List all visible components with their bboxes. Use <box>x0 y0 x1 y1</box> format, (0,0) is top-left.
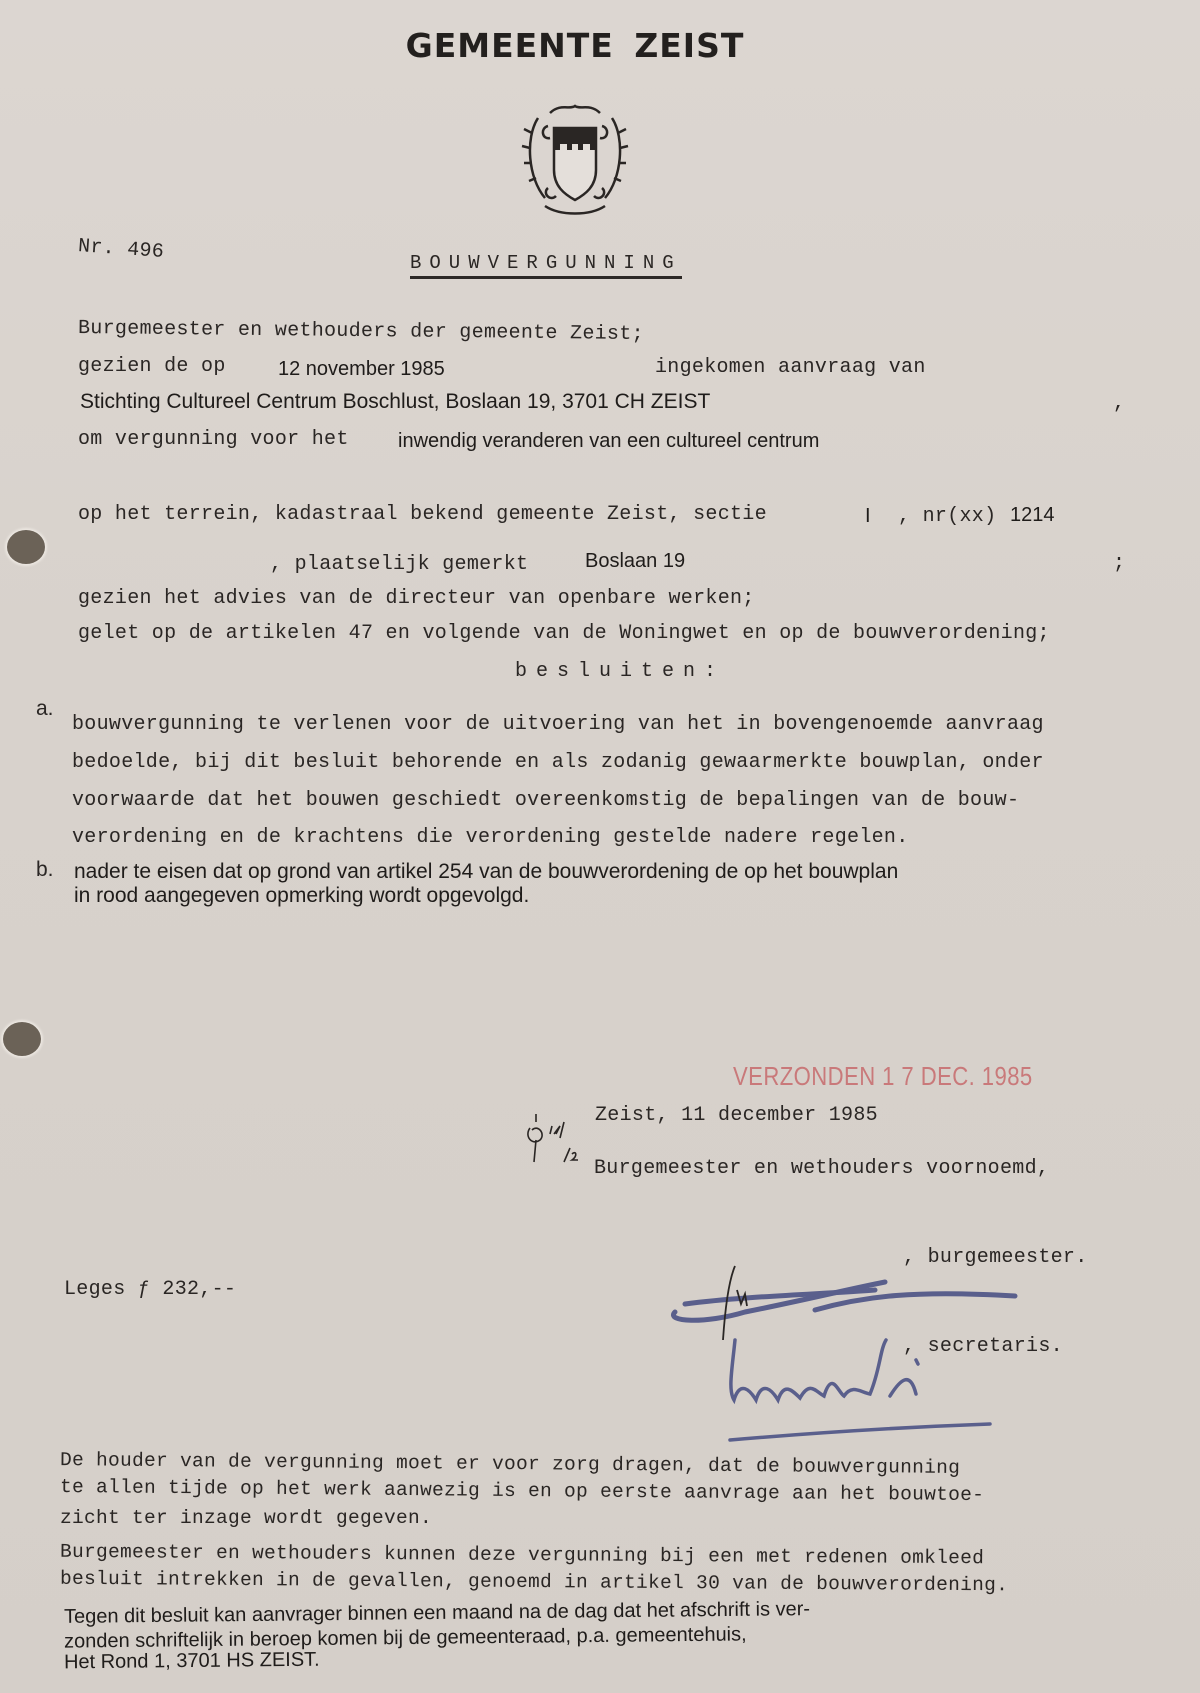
document-number: Nr. 496 <box>77 235 165 264</box>
advies-line: gezien het advies van de directeur van o… <box>78 587 755 610</box>
punch-hole <box>3 1022 41 1056</box>
footer-note-2-line: besluit intrekken in de gevallen, genoem… <box>60 1568 1008 1597</box>
footer-note-3-line: zonden schriftelijk in beroep komen bij … <box>64 1623 747 1653</box>
decision-a-line: bouwvergunning te verlenen voor de uitvo… <box>72 713 1044 736</box>
place-date: Zeist, 11 december 1985 <box>595 1104 878 1127</box>
coat-of-arms-icon <box>520 98 630 218</box>
location-end: ; <box>1113 552 1125 575</box>
applicant: Stichting Cultureel Centrum Boschlust, B… <box>80 390 710 414</box>
footer-note-1-line: zicht ter inzage wordt gegeven. <box>60 1507 432 1529</box>
opening-line: Burgemeester en wethouders der gemeente … <box>78 317 644 346</box>
footer-note-1-line: te allen tijde op het werk aanwezig is e… <box>60 1476 984 1506</box>
plaatselijk-prefix: , plaatselijk gemerkt <box>270 553 528 576</box>
decision-a-line: verordening en de krachtens die verorden… <box>72 826 909 849</box>
footer-note-3-line: Het Rond 1, 3701 HS ZEIST. <box>64 1649 320 1675</box>
decision-a-line: bedoelde, bij dit besluit behorende en a… <box>72 751 1044 774</box>
nr-prefix: , nr(xx) <box>898 505 996 528</box>
application-date: 12 november 1985 <box>278 358 445 381</box>
applicant-comma: , <box>1113 392 1125 415</box>
location: Boslaan 19 <box>585 550 685 573</box>
decision-b-line: nader te eisen dat op grond van artikel … <box>74 860 898 884</box>
terrain-prefix: op het terrein, kadastraal bekend gemeen… <box>78 503 767 526</box>
gezien-prefix: gezien de op <box>78 355 226 378</box>
secretaris-signature-icon <box>720 1330 1020 1450</box>
decision-b-label: b. <box>36 858 54 882</box>
document-page: GEMEENTE ZEIST Nr. 496 BOUWVERGUNNING Bu… <box>0 0 1200 1693</box>
document-title: BOUWVERGUNNING <box>410 252 682 279</box>
footer-note-2-line: Burgemeester en wethouders kunnen deze v… <box>60 1541 984 1569</box>
signatories-line: Burgemeester en wethouders voornoemd, <box>594 1157 1049 1180</box>
perceel-number: 1214 <box>1010 504 1055 527</box>
besluiten-heading: besluiten: <box>515 660 725 683</box>
sectie-value: I <box>865 505 871 528</box>
punch-hole <box>7 530 45 564</box>
initials-mark-icon <box>520 1112 580 1168</box>
purpose: inwendig veranderen van een cultureel ce… <box>398 430 819 453</box>
decision-b-line: in rood aangegeven opmerking wordt opgev… <box>74 884 529 908</box>
purpose-prefix: om vergunning voor het <box>78 428 349 451</box>
footer-note-1-line: De houder van de vergunning moet er voor… <box>60 1449 960 1479</box>
decision-a-label: a. <box>36 697 54 721</box>
decision-a-line: voorwaarde dat het bouwen geschiedt over… <box>72 789 1019 812</box>
municipality-header: GEMEENTE ZEIST <box>0 26 1150 65</box>
gelet-line: gelet op de artikelen 47 en volgende van… <box>78 622 1050 645</box>
ingekomen-text: ingekomen aanvraag van <box>655 356 926 379</box>
verzonden-stamp: VERZONDEN 1 7 DEC. 1985 <box>733 1061 1033 1092</box>
leges-fee: Leges ƒ 232,-- <box>64 1278 236 1301</box>
